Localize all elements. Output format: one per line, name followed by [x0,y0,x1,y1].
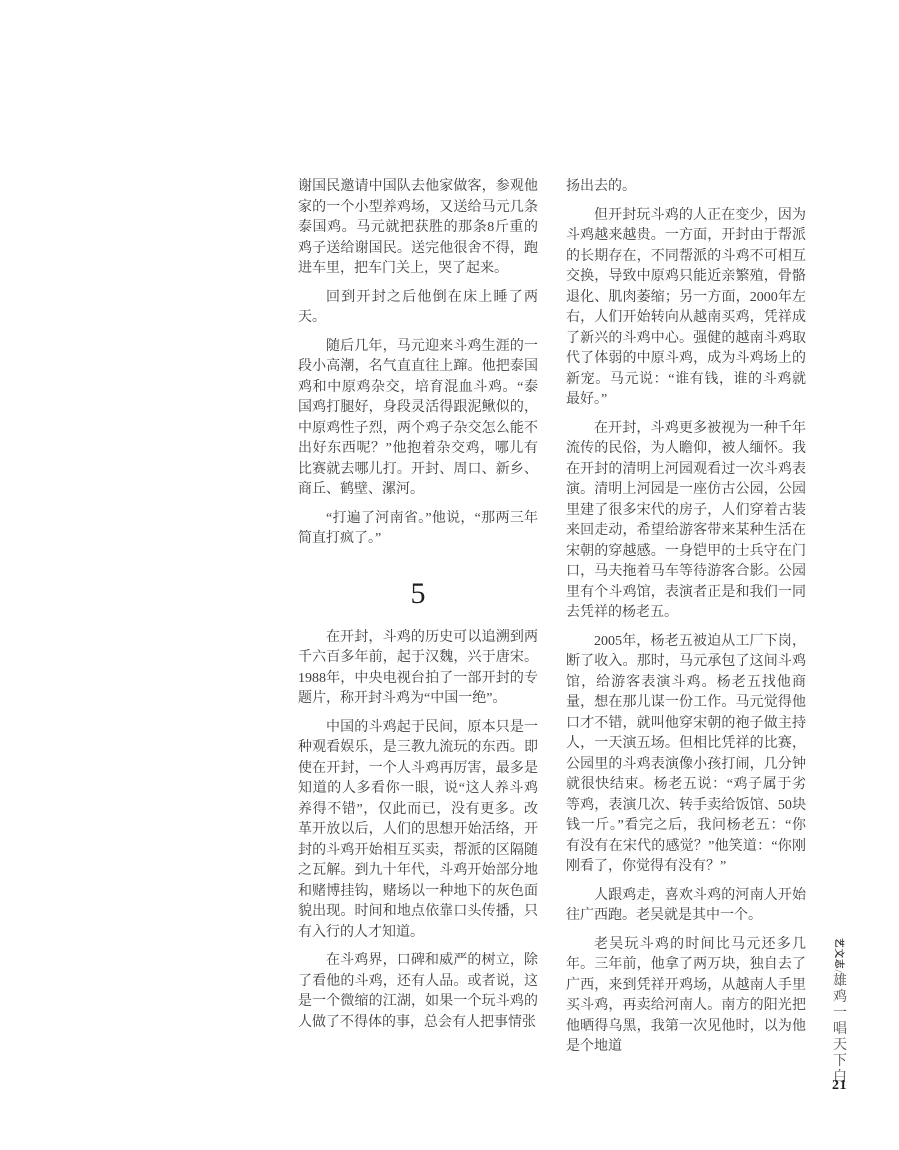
paragraph: 老吴玩斗鸡的时间比马元还多几年。三年前，他拿了两万块，独自去了广西，来到凭祥开鸡… [566,935,806,1058]
paragraph: 在斗鸡界，口碑和威严的树立，除了看他的斗鸡，还有人品。或者说，这是一个微缩的江湖… [298,951,538,1033]
text-column-right: 扬出去的。但开封玩斗鸡的人正在变少，因为斗鸡越来越贵。一方面，开封由于帮派的长期… [566,177,806,1066]
journal-name: 艺文志 [833,938,843,970]
paragraph: 在开封，斗鸡的历史可以追溯到两千六百多年前，起于汉魏，兴于唐宋。1988年，中央… [298,628,538,710]
paragraph: 谢国民邀请中国队去他家做客，参观他家的一个小型养鸡场，又送给马元几条泰国鸡。马元… [298,177,538,280]
article-title-vertical: 雄鸡一唱天下白 [831,973,846,1085]
paragraph: 回到开封之后他倒在床上睡了两天。 [298,288,538,329]
paragraph: 2005年，杨老五被迫从工厂下岗，断了收入。那时，马元承包了这间斗鸡馆，给游客表… [566,632,806,878]
paragraph: “打遍了河南省。”他说，“那两三年简直打疯了。” [298,509,538,550]
paragraph: 随后几年，马元迎来斗鸡生涯的一段小高潮，名气直直往上蹿。他把泰国鸡和中原鸡杂交，… [298,337,538,501]
paragraph: 人跟鸡走，喜欢斗鸡的河南人开始往广西跑。老吴就是其中一个。 [566,886,806,927]
paragraph: 扬出去的。 [566,177,806,198]
paragraph: 中国的斗鸡起于民间，原本只是一种观看娱乐，是三教九流玩的东西。即使在开封，一个人… [298,718,538,944]
paragraph: 但开封玩斗鸡的人正在变少，因为斗鸡越来越贵。一方面，开封由于帮派的长期存在，不同… [566,206,806,411]
paragraph: 在开封，斗鸡更多被视为一种千年流传的民俗，为人瞻仰，被人缅怀。我在开封的清明上河… [566,419,806,624]
magazine-page: 谢国民邀请中国队去他家做客，参观他家的一个小型养鸡场，又送给马元几条泰国鸡。马元… [0,0,899,1150]
section-number: 5 [298,576,538,612]
text-column-left: 谢国民邀请中国队去他家做客，参观他家的一个小型养鸡场，又送给马元几条泰国鸡。马元… [298,177,538,1041]
sidebar-caption: 艺文志/雄鸡一唱天下白 [828,938,849,1088]
page-number: 21 [832,1078,847,1094]
